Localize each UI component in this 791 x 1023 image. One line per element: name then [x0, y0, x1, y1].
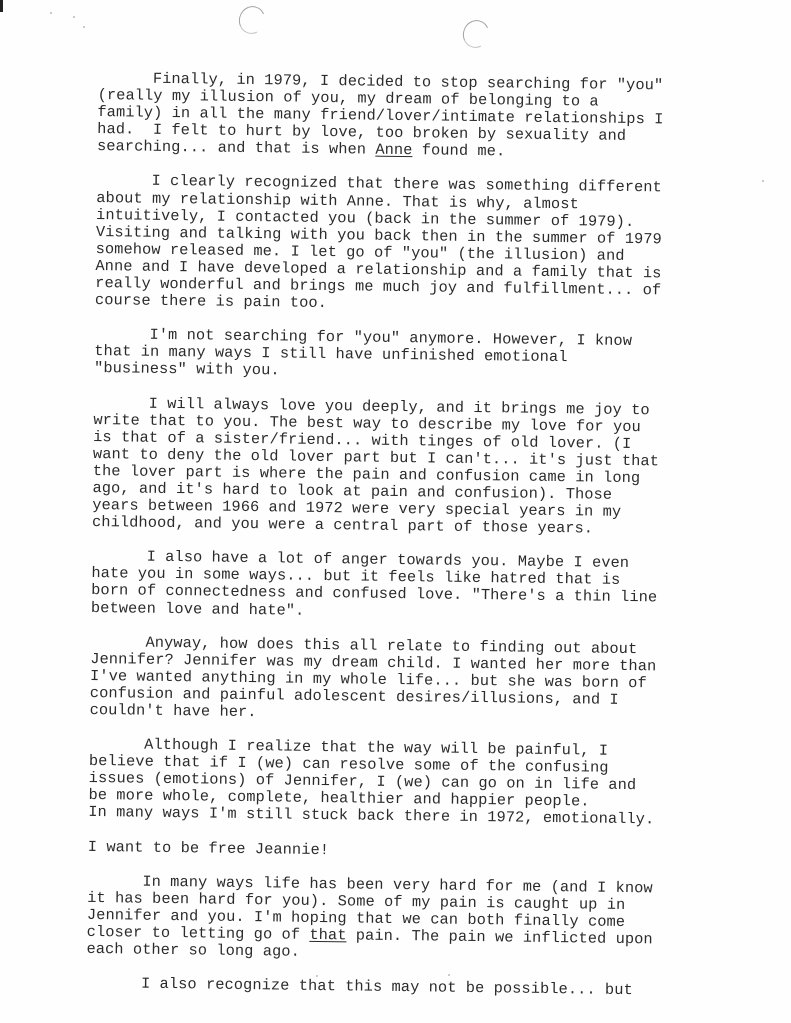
underlined-word: Anne	[375, 141, 412, 159]
scan-speck	[83, 26, 85, 28]
paragraph: I'm not searching for "you" anymore. How…	[94, 326, 715, 385]
paragraph: I want to be free Jeannie!	[88, 838, 708, 863]
underlined-word: that	[309, 926, 346, 944]
paragraph: I clearly recognized that there was some…	[95, 172, 717, 317]
paragraph: I also recognize that this may not be po…	[86, 975, 706, 1000]
punch-hole-mark	[235, 2, 269, 37]
punch-hole-mark	[459, 16, 493, 51]
paragraph: Finally, in 1979, I decided to stop sear…	[97, 70, 718, 164]
paragraph: In many ways life has been very hard for…	[86, 873, 707, 967]
text-line: I also recognize that this may not be po…	[86, 975, 706, 1000]
paragraph: Although I realize that the way will be …	[88, 736, 709, 830]
paragraph: I will always love you deeply, and it br…	[92, 394, 714, 539]
letter-body: Finally, in 1979, I decided to stop sear…	[86, 70, 718, 1017]
scan-speck	[73, 16, 75, 18]
scan-edge-mark	[0, 0, 3, 12]
paragraph: Anyway, how does this all relate to find…	[90, 634, 711, 728]
scan-speck	[762, 180, 764, 182]
scan-speck	[50, 12, 52, 14]
scanned-letter-page: Finally, in 1979, I decided to stop sear…	[0, 0, 791, 1023]
paragraph: I also have a lot of anger towards you. …	[91, 548, 712, 624]
text-line: I want to be free Jeannie!	[88, 838, 708, 863]
